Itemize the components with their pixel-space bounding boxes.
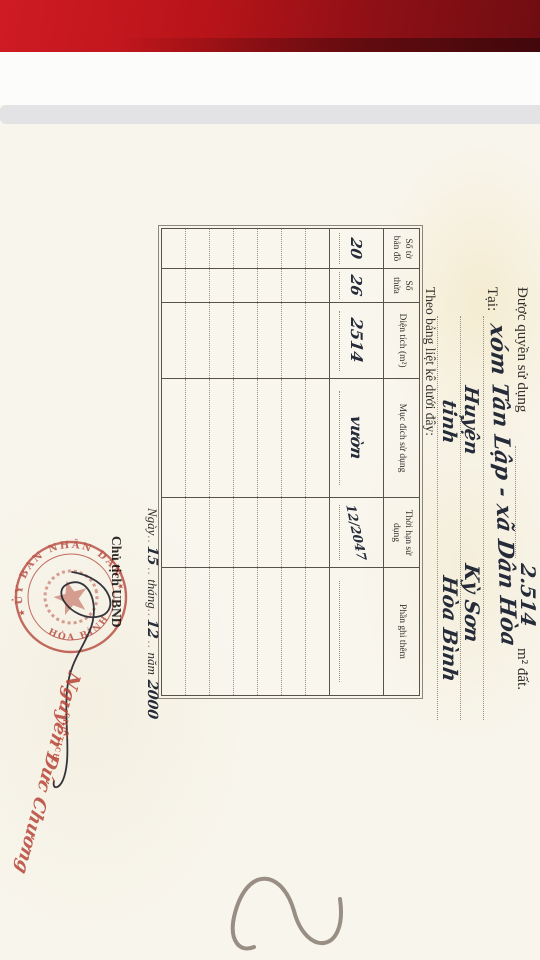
table-empty-row <box>305 379 329 497</box>
table-cell: 26 <box>329 269 383 302</box>
column-header: Số tờ bản đồ <box>383 229 419 268</box>
table-empty-row <box>281 379 305 497</box>
district-label-handwritten: Huyện <box>460 384 482 456</box>
gray-strip <box>0 105 540 124</box>
province-label-handwritten: tỉnh <box>438 398 460 445</box>
table-empty-row <box>305 568 329 695</box>
table-empty-row <box>305 269 329 302</box>
table-empty-row <box>281 568 305 695</box>
table-empty-row <box>281 269 305 302</box>
column-header: Phần ghi thêm <box>383 568 419 695</box>
table-empty-row <box>185 303 209 378</box>
column-header: Số thửa <box>383 269 419 302</box>
table-column-map-sheet: Số tờ bản đồ 20 <box>162 229 419 269</box>
table-column-land-use-purpose: Mục đích sử dụng vườn <box>162 379 419 498</box>
cell-dots <box>339 391 340 485</box>
cell-dots <box>339 311 340 371</box>
cell-dots <box>339 233 340 264</box>
location-label: Tại: <box>483 287 500 311</box>
red-book-cover-shadow <box>120 38 540 52</box>
table-empty-row <box>233 269 257 302</box>
table-empty-row <box>257 379 281 497</box>
table-empty-row <box>209 269 233 302</box>
date-word-year: năm <box>145 653 160 675</box>
table-empty-row <box>209 568 233 695</box>
column-header: Diện tích (m²) <box>383 303 419 378</box>
cell-dots <box>339 581 340 683</box>
table-empty-row <box>185 379 209 497</box>
table-empty-row <box>305 303 329 378</box>
table-empty-row <box>185 269 209 302</box>
table-empty-row <box>162 379 185 497</box>
table-empty-row <box>257 498 281 567</box>
table-empty-row <box>209 379 233 497</box>
table-empty-row <box>257 229 281 268</box>
table-empty-row <box>162 498 185 567</box>
cell-dots <box>339 505 340 560</box>
cell-dots <box>339 272 340 298</box>
table-empty-row <box>185 498 209 567</box>
table-empty-row <box>162 568 185 695</box>
table-cell <box>329 568 383 695</box>
area-unit-label: m² đất. <box>513 648 530 690</box>
table-empty-row <box>233 568 257 695</box>
table-empty-row <box>281 229 305 268</box>
table-column-notes: Phần ghi thêm <box>162 568 419 695</box>
district-dots <box>460 316 477 720</box>
table-intro-text: Theo bảng liệt kê dưới đây: <box>422 287 438 436</box>
column-header: Mục đích sử dụng <box>383 379 419 497</box>
ink-bleed-flourish <box>216 859 348 960</box>
province-value-handwritten: Hòa Bình <box>438 574 462 683</box>
table-empty-row <box>209 303 233 378</box>
column-header: Thời hạn sử dụng <box>383 498 419 567</box>
table-cell: 12/2047 <box>329 498 383 567</box>
date-year-handwritten: 2000 <box>144 679 160 720</box>
table-empty-row <box>257 269 281 302</box>
table-column-use-term: Thời hạn sử dụng 12/2047 <box>162 498 419 568</box>
white-strip <box>0 52 540 105</box>
table-empty-row <box>257 568 281 695</box>
document-content-rotated: Được quyền sử dụng 2.514 m² đất. Tại: xó… <box>0 124 540 960</box>
table-cell: vườn <box>329 379 383 497</box>
table-cell: 2514 <box>329 303 383 378</box>
district-value-handwritten: Kỳ Sơn <box>460 562 484 644</box>
table-empty-row <box>209 498 233 567</box>
table-empty-row <box>233 379 257 497</box>
table-empty-row <box>185 568 209 695</box>
table-empty-row <box>185 229 209 268</box>
table-column-area: Diện tích (m²) 2514 <box>162 303 419 379</box>
table-empty-row <box>305 229 329 268</box>
table-cell: 20 <box>329 229 383 268</box>
table-empty-row <box>257 303 281 378</box>
table-column-plot-number: Số thửa 26 <box>162 269 419 303</box>
table-empty-row <box>281 498 305 567</box>
table-empty-row <box>162 269 185 302</box>
parcel-table: Số tờ bản đồ 20 Số thửa 26 Diện tích (m²… <box>161 228 420 696</box>
table-empty-row <box>162 303 185 378</box>
date-day-handwritten: 15 <box>144 545 160 567</box>
table-empty-row <box>233 303 257 378</box>
table-empty-row <box>281 303 305 378</box>
table-empty-row <box>233 229 257 268</box>
table-empty-row <box>305 498 329 567</box>
date-word-day: Ngày <box>145 508 160 535</box>
table-empty-row <box>162 229 185 268</box>
land-certificate-photo: Được quyền sử dụng 2.514 m² đất. Tại: xó… <box>0 0 540 960</box>
table-empty-row <box>209 229 233 268</box>
grant-line-label: Được quyền sử dụng <box>513 287 530 412</box>
table-empty-row <box>233 498 257 567</box>
